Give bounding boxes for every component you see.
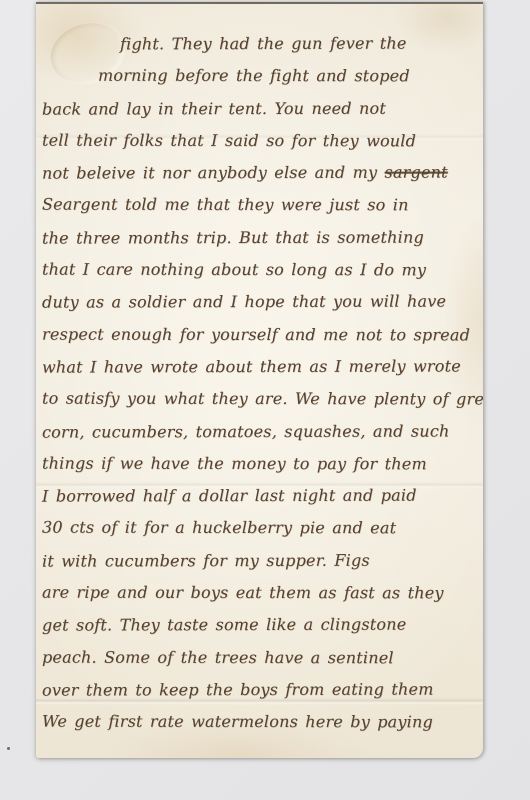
letter-line-text: Seargent told me that they were just so … <box>42 195 409 215</box>
letter-line: the three months trip. But that is somet… <box>42 221 481 254</box>
letter-line: fight. They had the gun fever the <box>42 27 481 60</box>
letter-page: fight. They had the gun fever themorning… <box>36 2 483 758</box>
letter-line-text: fight. They had the gun fever the <box>120 34 407 54</box>
letter-line-text: tell their folks that I said so for they… <box>42 131 416 151</box>
letter-line: things if we have the money to pay for t… <box>42 447 481 480</box>
letter-line: it with cucumbers for my supper. Figs <box>42 544 481 577</box>
letter-line-text: not beleive it nor anybody else and my <box>42 163 385 183</box>
letter-line-text: over them to keep the boys from eating t… <box>42 679 434 699</box>
letter-line: back and lay in their tent. You need not <box>42 92 481 125</box>
letter-line-text: back and lay in their tent. You need not <box>42 98 386 118</box>
letter-line-text: that I care nothing about so long as I d… <box>42 260 426 280</box>
letter-line-text: corn, cucumbers, tomatoes, squashes, and… <box>42 421 450 441</box>
struck-word: sargent <box>384 163 447 182</box>
letter-line: not beleive it nor anybody else and my s… <box>42 157 481 190</box>
scan-dust-speck <box>7 747 10 750</box>
letter-line: duty as a soldier and I hope that you wi… <box>42 286 481 319</box>
letter-line: corn, cucumbers, tomatoes, squashes, and… <box>42 415 481 448</box>
letter-line: respect enough for yourself and me not t… <box>42 318 481 351</box>
letter-line-text: it with cucumbers for my supper. Figs <box>42 550 370 570</box>
letter-line-text: the three months trip. But that is somet… <box>42 227 424 247</box>
letter-line-text: I borrowed half a dollar last night and … <box>42 486 417 506</box>
letter-line: 30 cts of it for a huckelberry pie and e… <box>42 512 481 545</box>
letter-line: I borrowed half a dollar last night and … <box>42 480 481 513</box>
letter-line-text: 30 cts of it for a huckelberry pie and e… <box>42 518 396 538</box>
letter-line: tell their folks that I said so for they… <box>42 125 481 158</box>
letter-line: Seargent told me that they were just so … <box>42 189 481 222</box>
letter-line: peach. Some of the trees have a sentinel <box>42 641 481 674</box>
letter-line-text: morning before the fight and stoped <box>98 66 410 86</box>
letter-line-text: respect enough for yourself and me not t… <box>42 324 470 344</box>
letter-line-text: peach. Some of the trees have a sentinel <box>42 647 394 667</box>
letter-line: what I have wrote about them as I merely… <box>42 350 481 383</box>
letter-line: morning before the fight and stoped <box>42 60 481 93</box>
letter-line-text: get soft. They taste some like a clingst… <box>42 615 406 635</box>
letter-line-text: We get first rate watermelons here by pa… <box>42 712 433 732</box>
letter-line: that I care nothing about so long as I d… <box>42 254 481 287</box>
letter-text: fight. They had the gun fever themorning… <box>42 28 481 739</box>
letter-line-text: are ripe and our boys eat them as fast a… <box>42 583 444 603</box>
letter-line: We get first rate watermelons here by pa… <box>42 706 481 739</box>
letter-line-text: things if we have the money to pay for t… <box>42 453 427 473</box>
letter-line: over them to keep the boys from eating t… <box>42 673 481 706</box>
letter-line: to satisfy you what they are. We have pl… <box>42 383 481 416</box>
letter-line-text: duty as a soldier and I hope that you wi… <box>42 292 446 312</box>
letter-line-text: to satisfy you what they are. We have pl… <box>42 389 483 409</box>
letter-line-text: what I have wrote about them as I merely… <box>42 356 461 376</box>
letter-line: get soft. They taste some like a clingst… <box>42 609 481 642</box>
letter-line: are ripe and our boys eat them as fast a… <box>42 577 481 610</box>
